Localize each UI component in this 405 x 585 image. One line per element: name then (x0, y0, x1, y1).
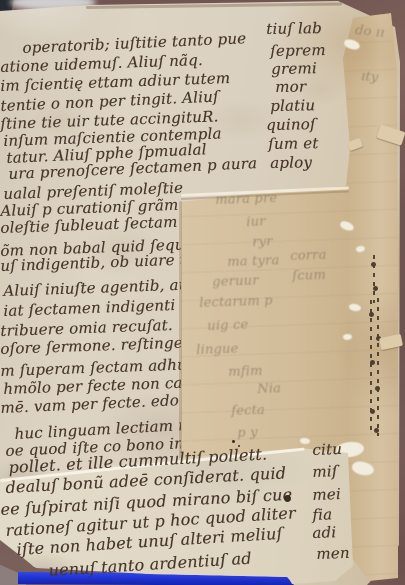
showthrough-text: mfim (228, 363, 263, 382)
stitch-knot (370, 409, 375, 414)
stitch-knot (369, 312, 374, 317)
showthrough-text: corra (290, 247, 327, 266)
showthrough-text: iur (246, 213, 266, 232)
manuscript-line: citu (312, 440, 342, 459)
ink-speck (232, 440, 235, 443)
manuscript-line: gremi (271, 59, 317, 78)
showthrough-text: lingue (196, 341, 239, 360)
stitch-knot (371, 262, 376, 267)
showthrough-text: geruur (212, 272, 259, 292)
manuscript-line: tiuſ lab (266, 19, 322, 38)
showthrough-text: Nia (257, 380, 282, 399)
manuscript-line: quinoſ (266, 115, 316, 134)
manuscript-line: ſum et (268, 134, 319, 153)
manuscript-line: ſeprem (270, 41, 326, 60)
ink-speck (238, 445, 240, 447)
stitching (377, 298, 379, 436)
manuscript-line: adi (312, 523, 337, 542)
manuscript-line: platiu (270, 96, 315, 115)
stitch-knot (375, 386, 380, 391)
stitch-knot (374, 428, 379, 433)
manuscript-line: mor (275, 77, 306, 96)
showthrough-text: ſcum (292, 267, 326, 286)
showthrough-text: ıty (360, 68, 379, 88)
showthrough-text: ryr (252, 233, 273, 252)
stitch-knot (370, 360, 375, 365)
showthrough-text: lectarum p (199, 292, 273, 313)
manuscript-line: fia (312, 505, 333, 524)
ink-speck (284, 495, 291, 502)
showthrough-text: ma tyra (227, 252, 280, 272)
showthrough-text: mara pre (215, 190, 278, 210)
manuscript-line: aploy (270, 153, 312, 172)
showthrough-text: p y (237, 424, 258, 443)
manuscript-line: mei (312, 485, 341, 504)
showthrough-text: fecta (231, 402, 265, 421)
patch-left-edge (179, 201, 182, 466)
showthrough-text: uig ce (207, 317, 249, 336)
manuscript-line: men (316, 544, 350, 563)
manuscript-photo: operatorib; iuſtitie tanto pue atione ui… (0, 0, 405, 585)
stitch-knot (373, 286, 378, 291)
manuscript-line: miſ (312, 462, 338, 481)
stitching (370, 300, 372, 435)
showthrough-text: do ıı (354, 22, 385, 43)
torn-fleck (300, 438, 310, 445)
